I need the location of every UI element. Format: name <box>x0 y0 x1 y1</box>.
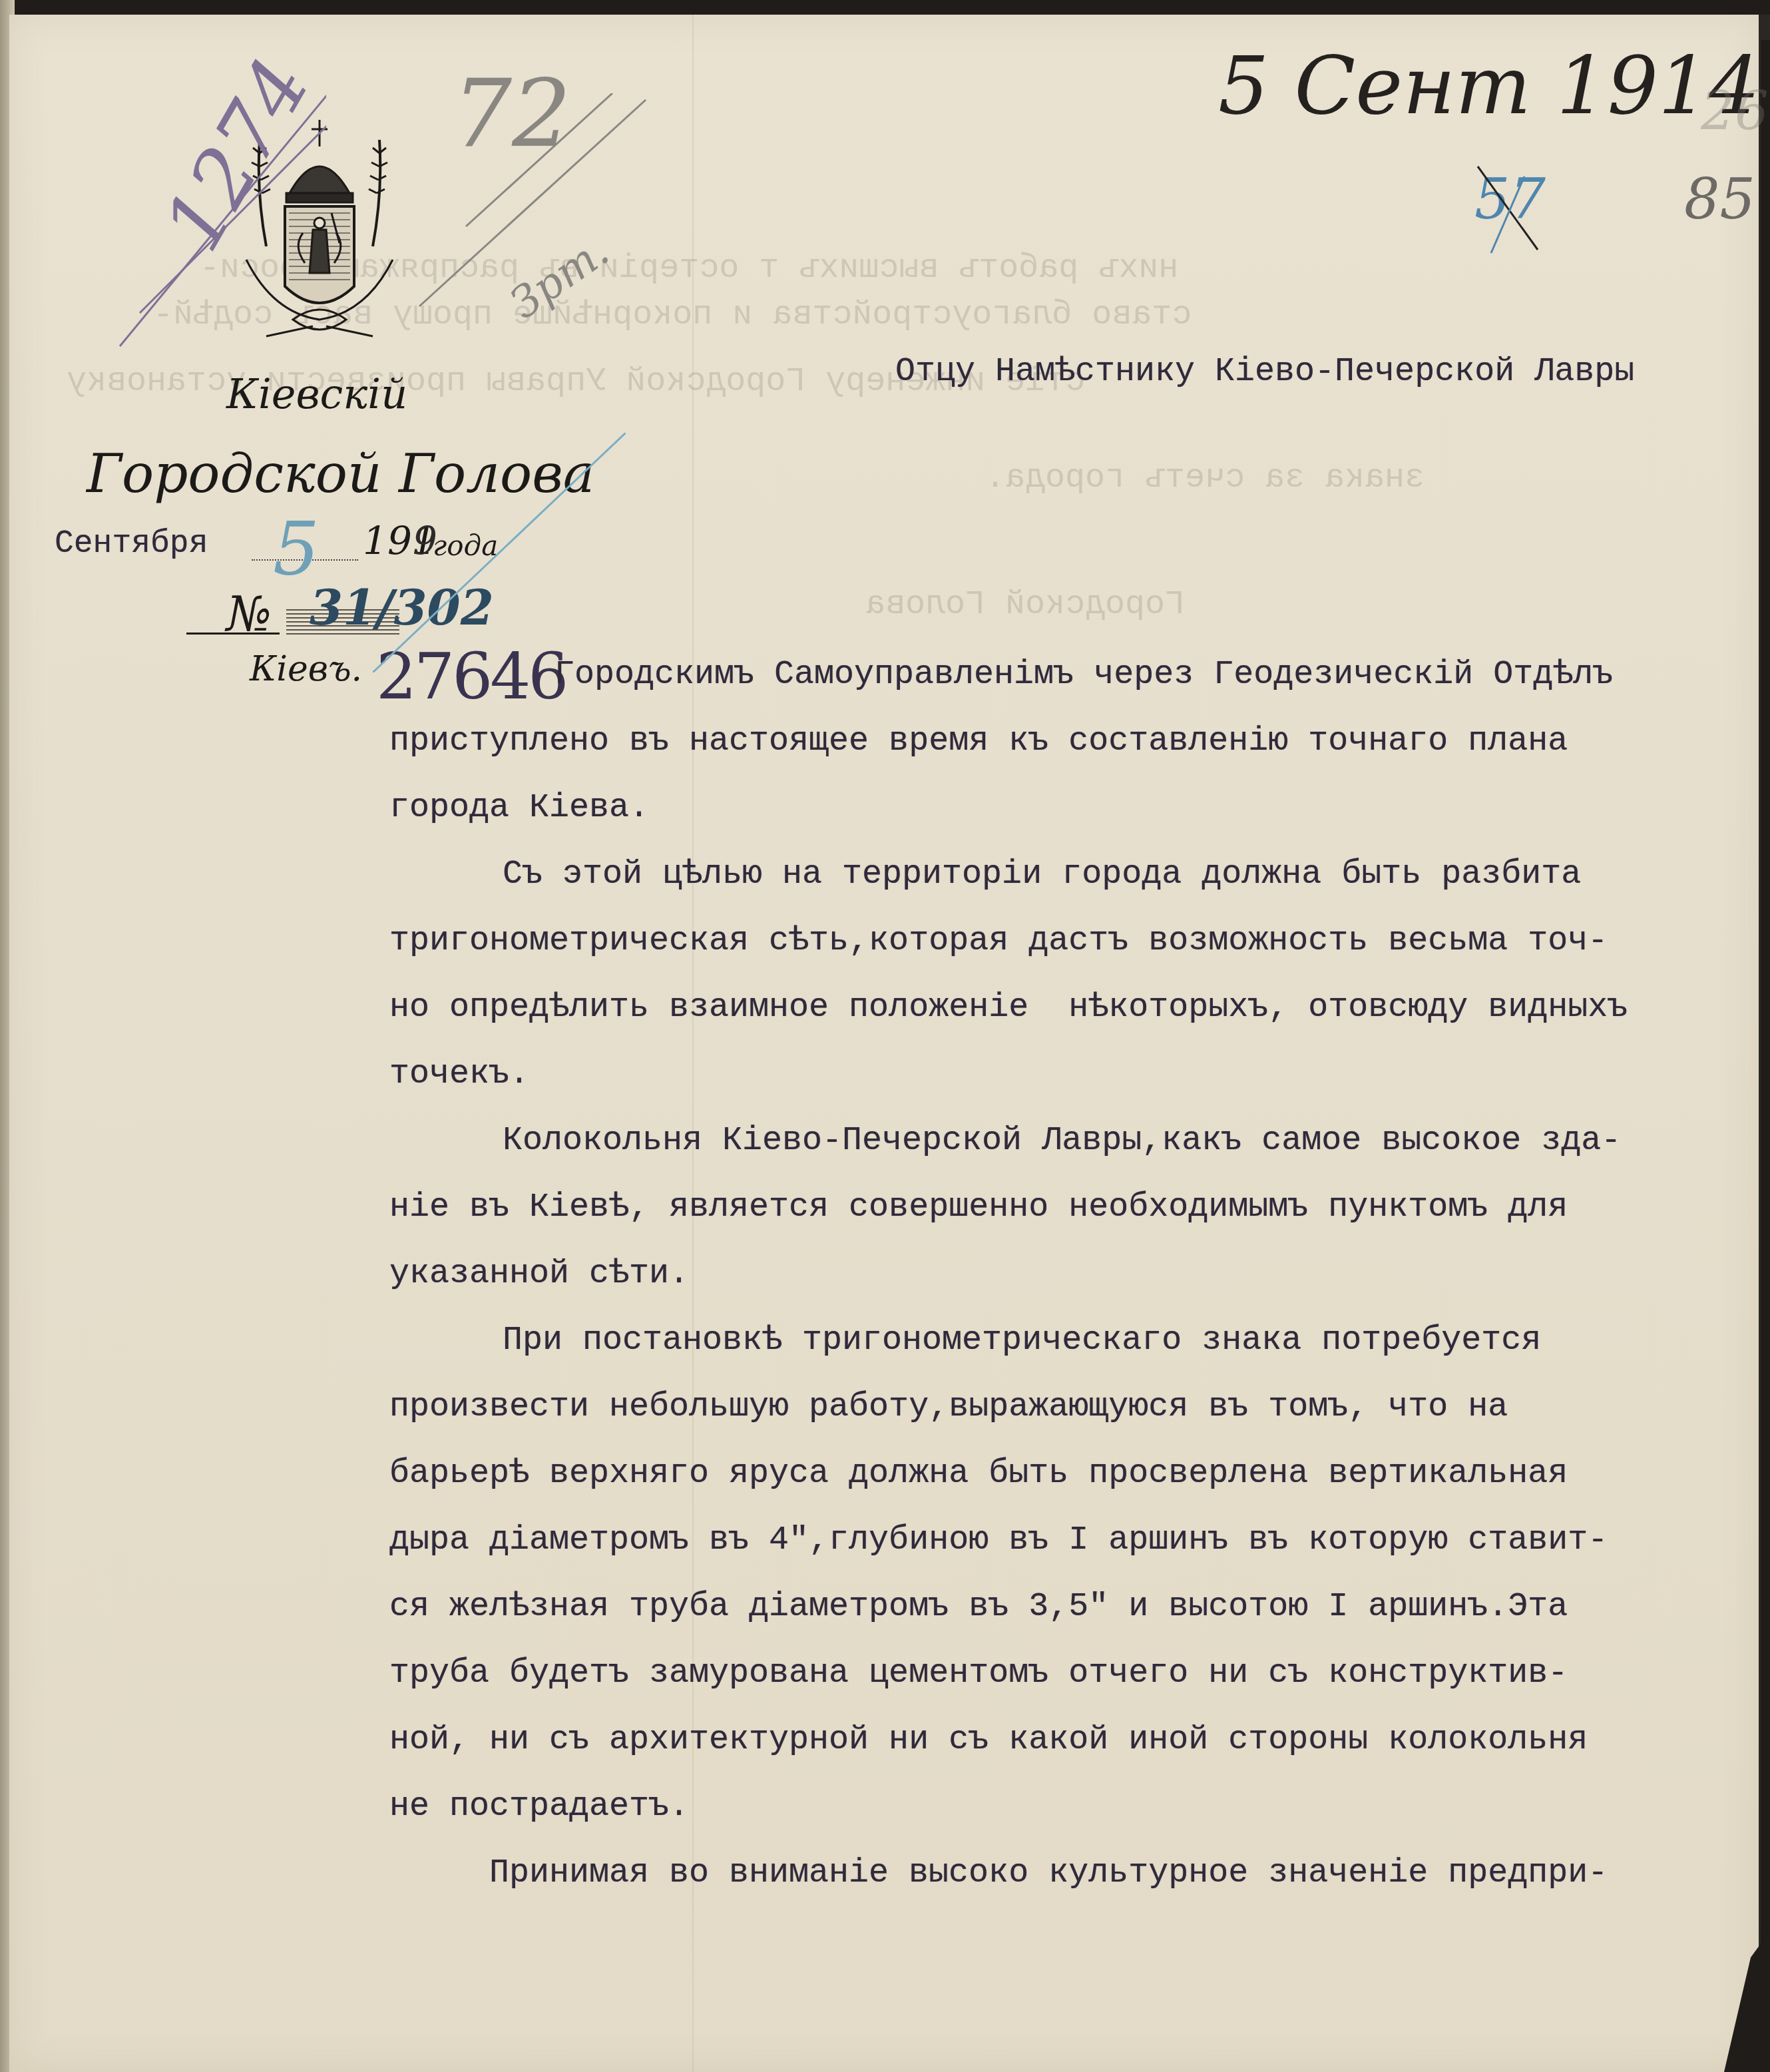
body-line: Принимая во вниманіе высоко культурное з… <box>489 1854 1608 1892</box>
torn-corner <box>1704 1931 1770 2072</box>
body-line: труба будетъ замурована цементомъ отчего… <box>389 1655 1568 1692</box>
scan-right-border <box>1761 40 1770 2072</box>
annotation-slash-blue-icon <box>373 433 626 672</box>
body-line: ніе въ Кіевѣ, является совершенно необхо… <box>389 1188 1568 1226</box>
number-underline <box>186 633 280 635</box>
body-line: Колокольня Кіево-Печерской Лавры,какъ са… <box>503 1122 1621 1160</box>
letterhead-place: Кіевъ. <box>250 649 362 689</box>
handwritten-date-day: 5 <box>273 506 320 591</box>
body-line: но опредѣлить взаимное положеніе нѣкотор… <box>389 989 1628 1027</box>
letter-addressee: Отцу Намѣстнику Кіево-Печерской Лавры <box>895 353 1634 391</box>
body-line: города Кіева. <box>389 789 649 827</box>
cross-out-mark-icon <box>1471 163 1544 256</box>
annotation-faint-number: 26 <box>1701 80 1769 142</box>
scan-top-border <box>0 0 1770 15</box>
body-line: приступлено въ настоящее время къ состав… <box>389 722 1568 760</box>
body-line: точекъ. <box>389 1055 529 1093</box>
body-line: указанной сѣти. <box>389 1255 689 1293</box>
body-line: ся желѣзная труба діаметромъ въ 3,5" и в… <box>389 1588 1568 1626</box>
body-line: не пострадаетъ. <box>389 1788 689 1826</box>
body-line: дыра діаметромъ въ 4",глубиною въ I арши… <box>389 1521 1608 1559</box>
body-line: Съ этой цѣлью на территоріи города должн… <box>503 856 1581 894</box>
body-line: тригонометрическая сѣть,которая дастъ во… <box>389 922 1608 960</box>
body-line: ной, ни съ архитектурной ни съ какой ино… <box>389 1721 1588 1759</box>
annotation-slash-violet-icon <box>113 67 326 353</box>
annotation-page-number: 85 <box>1684 166 1755 232</box>
letterhead-date-month: Сентября <box>55 526 208 562</box>
bleed-through-line: знака за счетъ города. <box>985 459 1425 497</box>
body-line: произвести небольшую работу,выражающуюся… <box>389 1388 1508 1426</box>
body-line: Городскимъ Самоуправленімъ через Геодези… <box>554 656 1613 694</box>
body-line: При постановкѣ тригонометрическаго знака… <box>503 1322 1541 1360</box>
annotation-received-date: 5 Сент 1914 <box>1218 40 1760 132</box>
body-line: барьерѣ верхняго яруса должна быть просв… <box>389 1455 1568 1493</box>
bleed-through-line: Городской Голова <box>865 586 1185 624</box>
letterhead-title-line1: Кіевскій <box>226 370 407 418</box>
